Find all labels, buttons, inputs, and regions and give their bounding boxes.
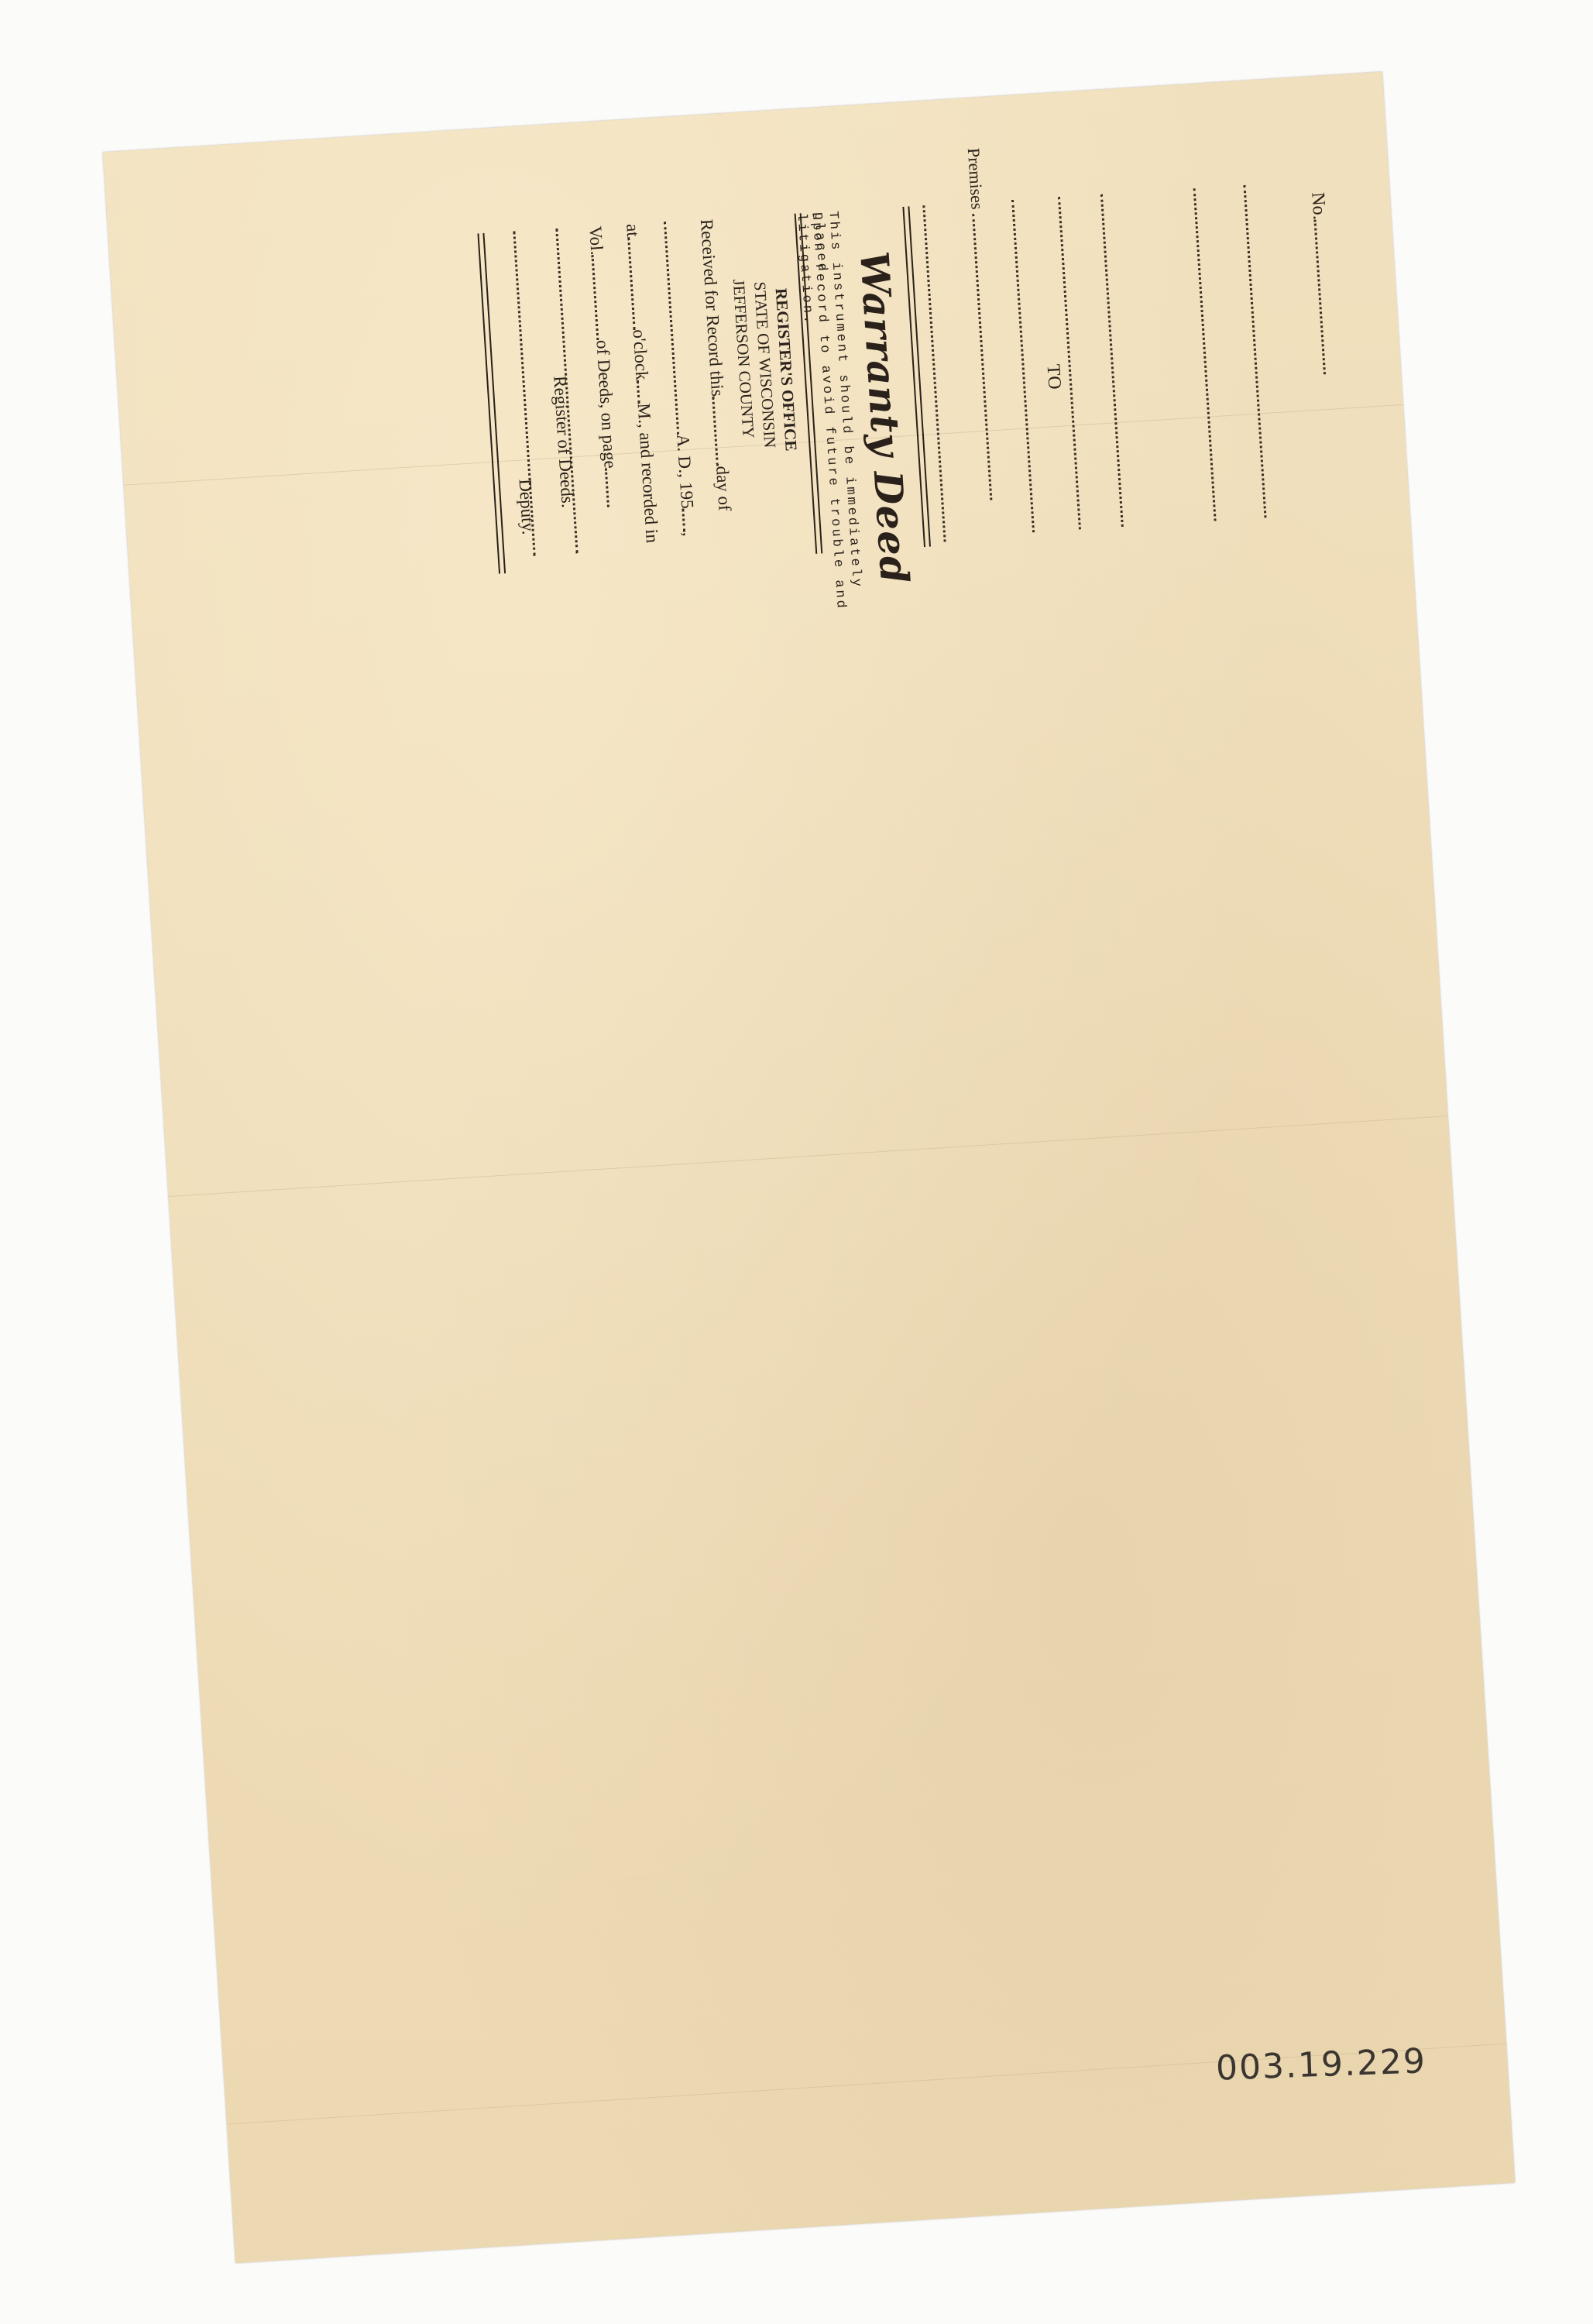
premises-blank[interactable]: [972, 214, 992, 500]
printed-form-block: No. TO Premises Warranty Deed This instr…: [229, 180, 1354, 682]
received-day-blank[interactable]: [712, 397, 719, 466]
grantee-line-1[interactable]: [1097, 194, 1131, 527]
ad-row: A. D., 195,: [659, 221, 699, 537]
double-rule-bottom: [477, 233, 506, 574]
page-blank[interactable]: [605, 469, 609, 507]
time-row: ato'clockM., and recorded in: [622, 223, 662, 544]
deputy-label: Deputy.: [514, 478, 537, 535]
catalog-number: 003.19.229: [1215, 2041, 1427, 2088]
paper-crease: [169, 1116, 1448, 1197]
premises-label: Premises: [964, 147, 987, 210]
grantor-line-1[interactable]: [1240, 184, 1275, 517]
number-label: No.: [1307, 191, 1329, 220]
deed-paper: No. TO Premises Warranty Deed This instr…: [103, 72, 1515, 2264]
year-blank[interactable]: [681, 509, 685, 532]
number-field: No.: [1306, 191, 1339, 375]
grantor-line-2[interactable]: [1190, 188, 1224, 521]
month-blank[interactable]: [664, 222, 679, 435]
number-blank[interactable]: [1313, 220, 1326, 375]
grantee-line-3[interactable]: [1008, 199, 1042, 532]
to-label: TO: [1042, 363, 1065, 390]
meridiem-blank[interactable]: [637, 380, 640, 404]
premises-field: Premises: [963, 147, 1006, 500]
received-row: Received for Record thisday of: [696, 218, 735, 511]
volume-blank[interactable]: [592, 255, 599, 340]
time-blank[interactable]: [627, 237, 636, 330]
volume-row: Vol.of Deeds, on page: [585, 225, 623, 507]
